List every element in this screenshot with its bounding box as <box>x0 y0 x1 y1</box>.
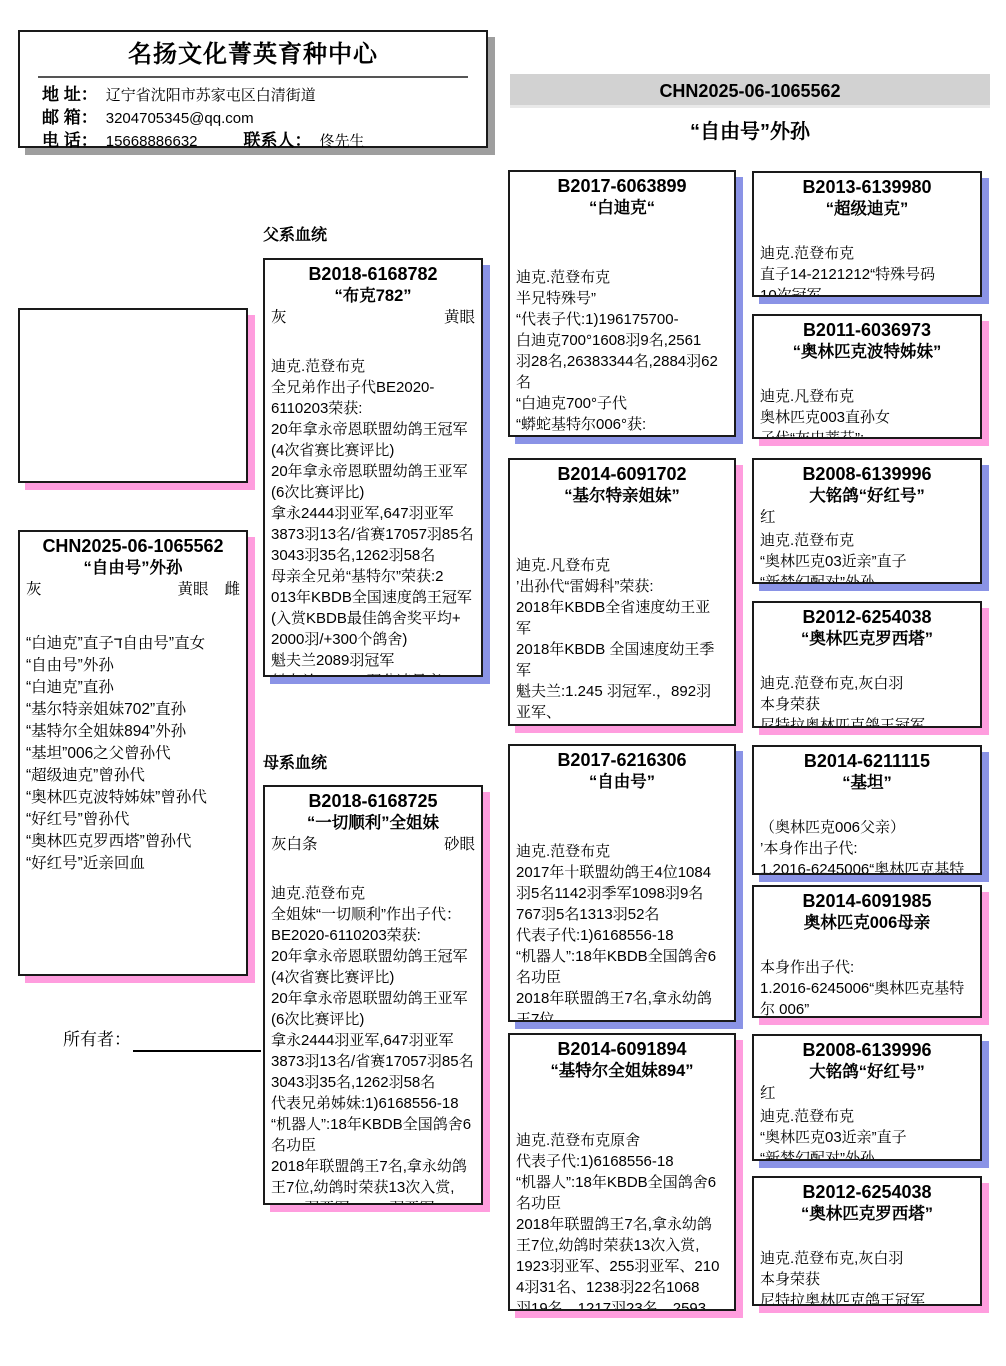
pedigree-box-ggparent-3: B2008-6139996 大铭鸽“好红号” 红 迪克.范登布克 “奥林匹克03… <box>752 458 982 584</box>
owner-label: 所有者： <box>63 1028 131 1052</box>
g4-box4-attributes <box>760 650 974 671</box>
mother-bloodline-label: 母系血统 <box>263 750 327 773</box>
g4-box7-details: 迪克.范登布克 “奥林匹克03近亲”直子 “新梦幻配对”外孙 <box>760 1106 974 1161</box>
father-bloodline-label: 父系血统 <box>263 222 327 245</box>
g4-box3-color: 红 <box>760 507 776 528</box>
mother-eye: 砂眼 <box>444 834 475 855</box>
owner-blank-underline <box>133 1032 261 1052</box>
g4-box7-ring: B2008-6139996 <box>760 1039 974 1061</box>
owner-line: 所有者： <box>63 1028 261 1052</box>
father-color: 灰 <box>271 307 287 328</box>
pedigree-box-ggparent-7: B2008-6139996 大铭鸽“好红号” 红 迪克.范登布克 “奥林匹克03… <box>752 1034 982 1161</box>
mother-name: “一切顺利”全姐妹 <box>271 812 475 834</box>
g3-box2-name: “基尔特亲姐妹” <box>516 485 728 507</box>
g4-box3-details: 迪克.范登布克 “奥林匹克03近亲”直子 “新梦幻配对”外孙 <box>760 530 974 584</box>
g3-box2-details: 迪克.凡登布克 ’出孙代“雷姆科”荣获: 2018年KBDB全省速度幼王亚 军 … <box>516 555 728 726</box>
mother-ring: B2018-6168725 <box>271 790 475 812</box>
g4-box1-ring: B2013-6139980 <box>760 176 974 198</box>
breeder-contact-rows: 地 址： 辽宁省沈阳市苏家屯区白清街道 邮 箱： 3204705345@qq.c… <box>38 76 468 153</box>
g4-box5-name: “基坦” <box>760 772 974 794</box>
g4-box8-attributes <box>760 1225 974 1246</box>
address-label: 地 址： <box>42 84 98 106</box>
pedigree-box-ggparent-8: B2012-6254038 “奥林匹克罗西塔” 迪克.范登布克,灰白羽 本身荣获… <box>752 1176 982 1306</box>
main-bird-name: “自由号”外孙 <box>26 557 240 579</box>
pedigree-box-ggparent-5: B2014-6211115 “基坦” （奥林匹克006父亲） ’本身作出子代: … <box>752 745 982 875</box>
father-eye: 黄眼 <box>444 307 475 328</box>
g4-box2-details: 迪克.凡登布克 奥林匹克003直孙女 子代“灰史蒂芬”: <box>760 386 974 439</box>
pedigree-box-grandfather-paternal: B2017-6063899 “白迪克“ 迪克.范登布克 半兄特殊号” “代表子代… <box>508 170 736 437</box>
g4-box3-attributes: 红 <box>760 507 974 528</box>
contact-person-label: 联系人： <box>244 130 312 152</box>
ring-number-bar: CHN2025-06-1065562 <box>510 74 990 108</box>
email-row: 邮 箱： 3204705345@qq.com <box>42 107 468 130</box>
g4-box7-attributes: 红 <box>760 1083 974 1104</box>
main-bird-eye: 黄眼 <box>177 579 208 600</box>
contact-person-value: 佟先生 <box>320 131 365 153</box>
email-value: 3204705345@qq.com <box>106 108 254 130</box>
g3-box1-details: 迪克.范登布克 半兄特殊号” “代表子代:1)196175700- 白迪克700… <box>516 267 728 437</box>
phone-value: 15668886632 <box>106 131 198 153</box>
g4-box3-name: 大铭鸽“好红号” <box>760 485 974 507</box>
g3-box3-details: 迪克.范登布克 2017年十联盟幼鸽王4位1084 羽5名1142羽季军1098… <box>516 841 728 1022</box>
g4-box4-details: 迪克.范登布克,灰白羽 本身荣获 尼特拉奥林匹克鸽王冠军 <box>760 673 974 728</box>
g3-box4-ring: B2014-6091894 <box>516 1038 728 1060</box>
father-name: “布克782” <box>271 285 475 307</box>
g3-box1-name: “白迪克“ <box>516 197 728 219</box>
pedigree-box-grandmother-maternal: B2014-6091894 “基特尔全姐妹894” 迪克.范登布克原舍 代表子代… <box>508 1033 736 1311</box>
pedigree-box-ggparent-1: B2013-6139980 “超级迪克” 迪克.范登布克 直子14-212121… <box>752 171 982 297</box>
address-value: 辽宁省沈阳市苏家屯区白清街道 <box>106 85 316 107</box>
g3-box1-ring: B2017-6063899 <box>516 175 728 197</box>
phone-row: 电 话： 15668886632 联系人： 佟先生 <box>42 130 468 153</box>
email-label: 邮 箱： <box>42 107 98 129</box>
pigeon-photo-placeholder <box>18 308 248 483</box>
breeder-header-box: 名扬文化菁英育种中心 地 址： 辽宁省沈阳市苏家屯区白清街道 邮 箱： 3204… <box>18 30 488 148</box>
g3-box2-attributes <box>516 507 728 528</box>
g4-box4-name: “奥林匹克罗西塔” <box>760 628 974 650</box>
phone-label: 电 话： <box>42 130 98 152</box>
g4-box6-attributes <box>760 934 974 955</box>
pedigree-box-ggparent-4: B2012-6254038 “奥林匹克罗西塔” 迪克.范登布克,灰白羽 本身荣获… <box>752 601 982 728</box>
g4-box8-ring: B2012-6254038 <box>760 1181 974 1203</box>
main-bird-ring: CHN2025-06-1065562 <box>26 535 240 557</box>
g3-box3-attributes <box>516 793 728 814</box>
g4-box6-details: 本身作出子代: 1.2016-6245006“奥林匹克基特 尔 006” <box>760 957 974 1018</box>
g4-box5-attributes <box>760 794 974 815</box>
g4-box8-name: “奥林匹克罗西塔” <box>760 1203 974 1225</box>
g4-box7-name: 大铭鸽“好红号” <box>760 1061 974 1083</box>
address-row: 地 址： 辽宁省沈阳市苏家屯区白清街道 <box>42 84 468 107</box>
g4-box2-attributes <box>760 363 974 384</box>
mother-color: 灰白条 <box>271 834 318 855</box>
breeder-center-name: 名扬文化菁英育种中心 <box>38 38 468 72</box>
pedigree-box-grandmother-paternal: B2014-6091702 “基尔特亲姐妹” 迪克.凡登布克 ’出孙代“雷姆科”… <box>508 458 736 726</box>
g4-box1-details: 迪克.范登布克 直子14-2121212“特殊号码 10次冠军 <box>760 243 974 297</box>
g4-box6-ring: B2014-6091985 <box>760 890 974 912</box>
g4-box5-details: （奥林匹克006父亲） ’本身作出子代: 1.2016-6245006“奥林匹克… <box>760 817 974 875</box>
g3-box3-name: “自由号” <box>516 771 728 793</box>
g4-box6-name: 奥林匹克006母亲 <box>760 912 974 934</box>
g3-box2-ring: B2014-6091702 <box>516 463 728 485</box>
main-bird-attributes: 灰 黄眼 雌 <box>26 579 240 600</box>
pedigree-box-main-bird: CHN2025-06-1065562 “自由号”外孙 灰 黄眼 雌 “白迪克”直… <box>18 530 248 976</box>
main-bird-sex: 雌 <box>224 579 240 600</box>
g4-box2-name: “奥林匹克波特姊妹” <box>760 341 974 363</box>
mother-attributes: 灰白条 砂眼 <box>271 834 475 855</box>
g3-box4-attributes <box>516 1082 728 1103</box>
g3-box1-attributes <box>516 219 728 240</box>
father-attributes: 灰 黄眼 <box>271 307 475 328</box>
g4-box7-color: 红 <box>760 1083 776 1104</box>
pedigree-box-father: B2018-6168782 “布克782” 灰 黄眼 迪克.范登布克 全兄弟作出… <box>263 258 483 677</box>
g4-box8-details: 迪克.范登布克,灰白羽 本身荣获 尼特拉奥林匹克鸽王冠军 <box>760 1248 974 1306</box>
mother-details: 迪克.范登布克 全姐妹“一切顺利”作出子代： BE2020-6110203荣获:… <box>271 883 475 1205</box>
pedigree-certificate-page: 名扬文化菁英育种中心 地 址： 辽宁省沈阳市苏家屯区白清街道 邮 箱： 3204… <box>0 0 1006 1366</box>
g4-box1-attributes <box>760 220 974 241</box>
father-details: 迪克.范登布克 全兄弟作出子代BE2020- 6110203荣获: 20年拿永帝… <box>271 356 475 677</box>
bird-title: “自由号”外孙 <box>510 118 990 146</box>
g3-box4-name: “基特尔全姐妹894” <box>516 1060 728 1082</box>
g4-box2-ring: B2011-6036973 <box>760 319 974 341</box>
g3-box4-details: 迪克.范登布克原舍 代表子代:1)6168556-18 “机器人”:18年KBD… <box>516 1130 728 1311</box>
main-bird-lineage: “白迪克”直子ד自由号”直女 “自由号”外孙 “白迪克”直孙 “基尔特亲姐妹70… <box>26 633 240 875</box>
g3-box3-ring: B2017-6216306 <box>516 749 728 771</box>
g4-box3-ring: B2008-6139996 <box>760 463 974 485</box>
pedigree-box-mother: B2018-6168725 “一切顺利”全姐妹 灰白条 砂眼 迪克.范登布克 全… <box>263 785 483 1205</box>
g4-box5-ring: B2014-6211115 <box>760 750 974 772</box>
g4-box4-ring: B2012-6254038 <box>760 606 974 628</box>
pedigree-box-ggparent-6: B2014-6091985 奥林匹克006母亲 本身作出子代: 1.2016-6… <box>752 885 982 1018</box>
pedigree-box-ggparent-2: B2011-6036973 “奥林匹克波特姊妹” 迪克.凡登布克 奥林匹克003… <box>752 314 982 439</box>
main-bird-color: 灰 <box>26 579 42 600</box>
father-ring: B2018-6168782 <box>271 263 475 285</box>
pedigree-box-grandfather-maternal: B2017-6216306 “自由号” 迪克.范登布克 2017年十联盟幼鸽王4… <box>508 744 736 1022</box>
g4-box1-name: “超级迪克” <box>760 198 974 220</box>
